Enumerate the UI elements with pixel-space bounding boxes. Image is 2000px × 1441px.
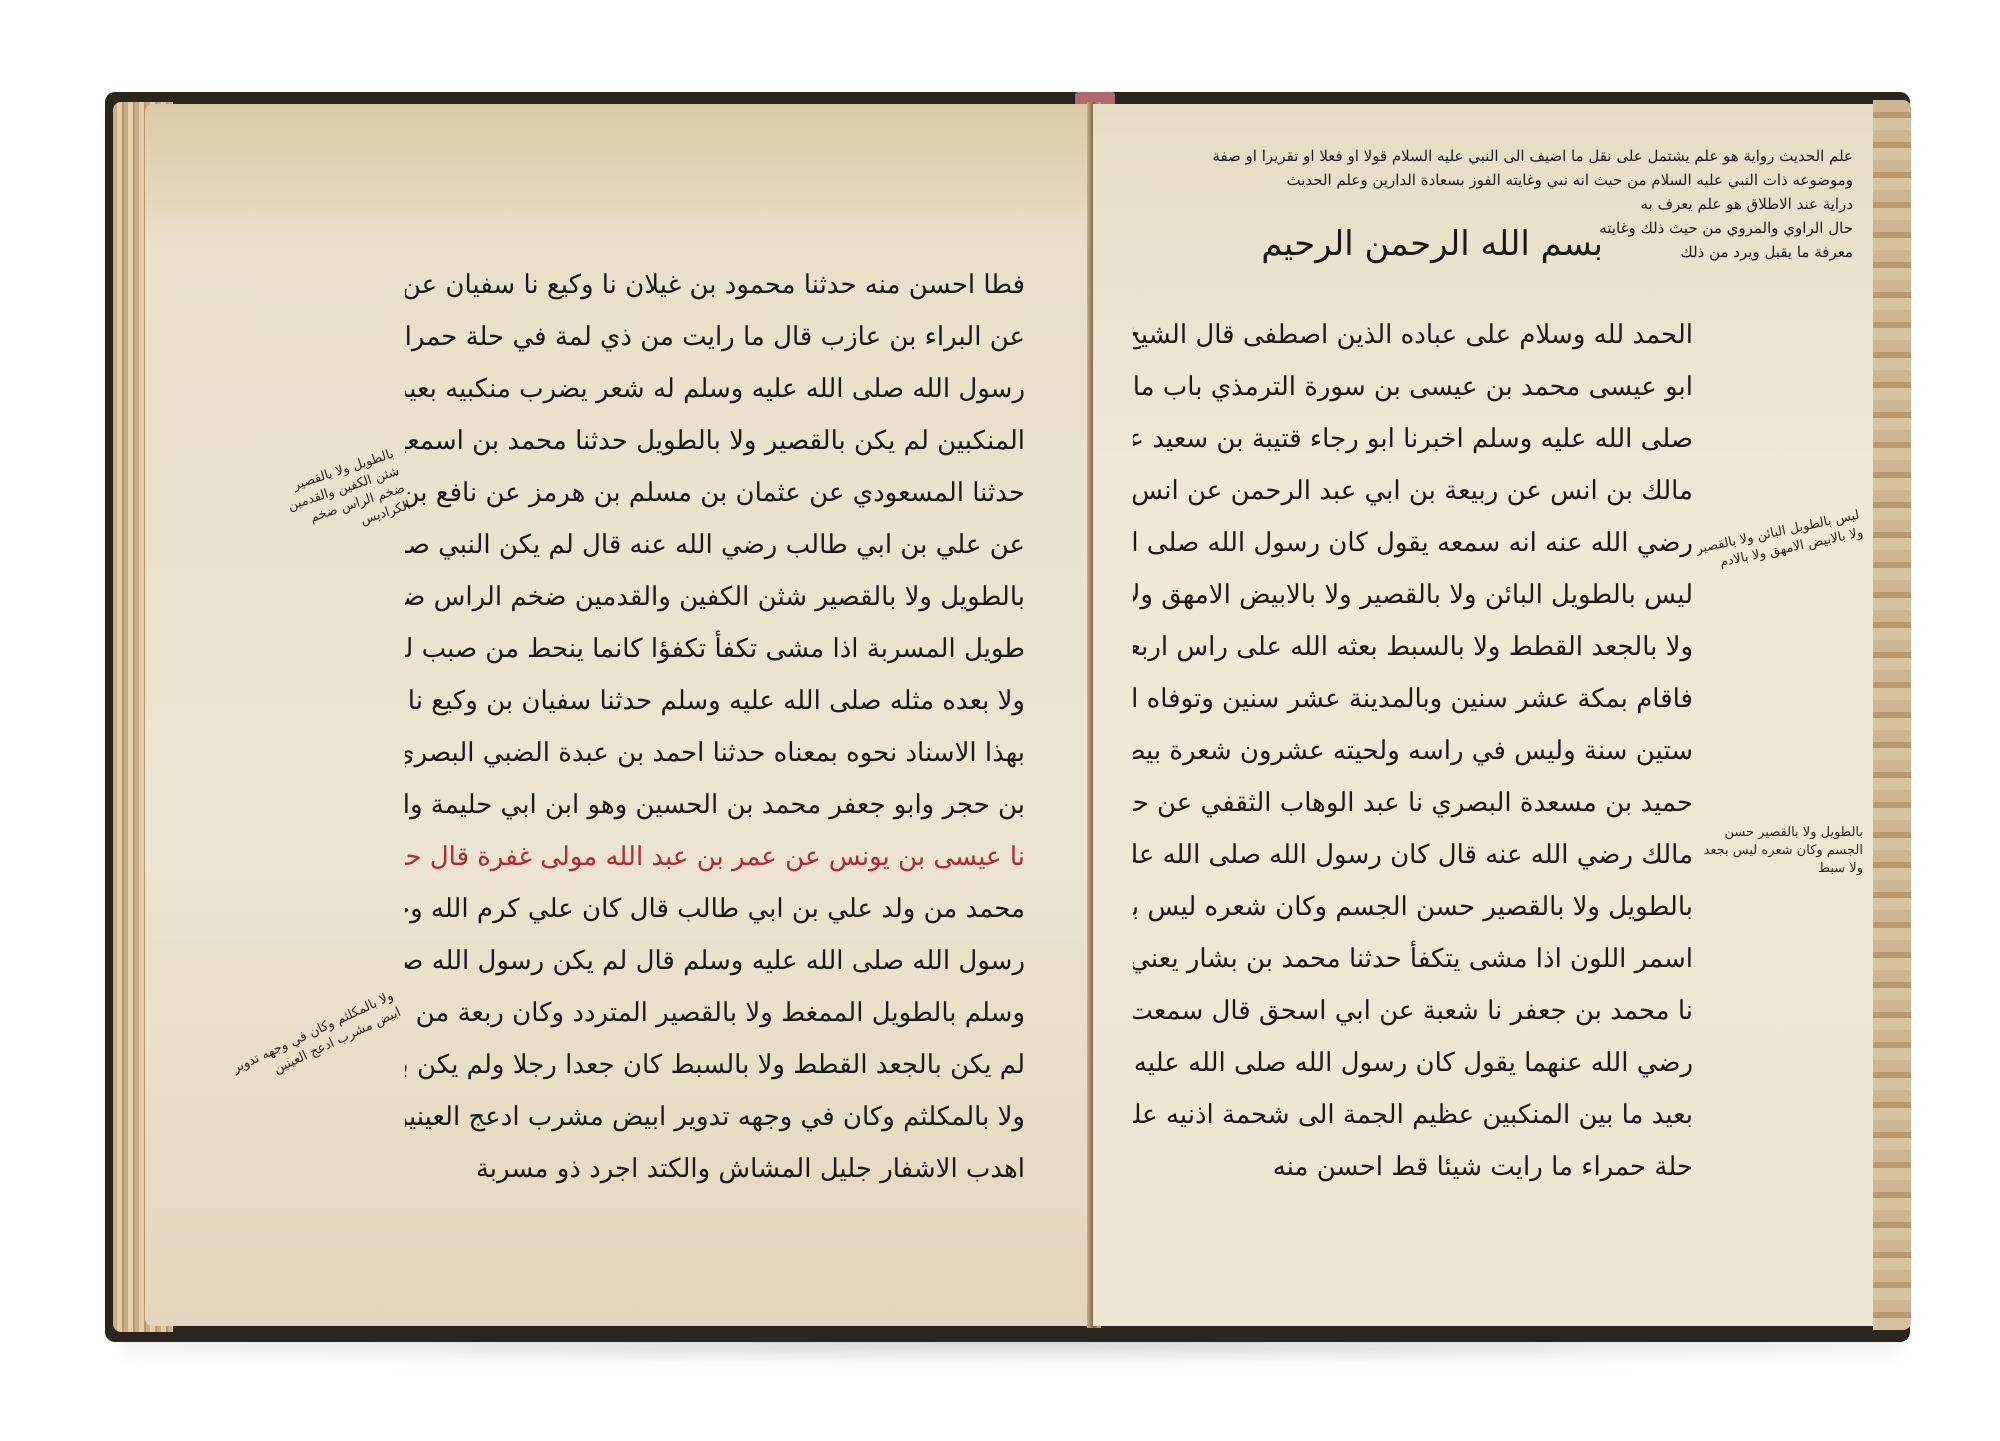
text-line: حدثنا المسعودي عن عثمان بن مسلم بن هرمز … (405, 467, 1025, 519)
text-line: ولا بالجعد القطط ولا بالسبط بعثه الله عل… (1133, 621, 1693, 673)
gloss-text: ولا بالمكلثم وكان في وجهه تدوير ابيض مشر… (231, 989, 404, 1077)
text-line: اهدب الاشفار جليل المشاش والكتد اجرد ذو … (405, 1143, 1025, 1195)
marginal-gloss: ولا بالمكلثم وكان في وجهه تدوير ابيض مشر… (226, 988, 404, 1097)
text-line: محمد من ولد علي بن ابي طالب قال كان علي … (405, 883, 1025, 935)
text-line: نا محمد بن جعفر نا شعبة عن ابي اسحق قال … (1133, 985, 1693, 1037)
note-line: وموضوعه ذات النبي عليه السلام من حيث انه… (1193, 168, 1853, 192)
text-line: طويل المسربة اذا مشى تكفأ تكفؤا كانما ين… (405, 623, 1025, 675)
text-line: لم يكن بالجعد القطط ولا بالسبط كان جعدا … (405, 1039, 1025, 1091)
left-page-text: فطا احسن منه حدثنا محمود بن غيلان نا وكي… (405, 259, 1025, 1195)
open-manuscript: فطا احسن منه حدثنا محمود بن غيلان نا وكي… (105, 92, 1910, 1342)
text-line: نا عيسى بن يونس عن عمر بن عبد الله مولى … (405, 831, 1025, 883)
text-line: فاقام بمكة عشر سنين وبالمدينة عشر سنين و… (1133, 673, 1693, 725)
marginal-gloss: ليس بالطويل البائن ولا بالقصير ولا بالاب… (1691, 507, 1865, 578)
right-page: علم الحديث رواية هو علم يشتمل على نقل ما… (1093, 104, 1873, 1326)
marginal-gloss: بالطويل ولا بالقصير حسن الجسم وكان شعره … (1703, 824, 1863, 878)
text-line: ولا بالمكلثم وكان في وجهه تدوير ابيض مشر… (405, 1091, 1025, 1143)
text-line: عن علي بن ابي طالب رضي الله عنه قال لم ي… (405, 519, 1025, 571)
text-line: صلى الله عليه وسلم اخبرنا ابو رجاء قتيبة… (1133, 413, 1693, 465)
text-line: مالك بن انس عن ربيعة بن ابي عبد الرحمن ع… (1133, 465, 1693, 517)
text-line: بن حجر وابو جعفر محمد بن الحسين وهو ابن … (405, 779, 1025, 831)
text-line: بعيد ما بين المنكبين عظيم الجمة الى شحمة… (1133, 1089, 1693, 1141)
right-page-edges (1873, 100, 1911, 1330)
note-line: دراية عند الاطلاق هو علم يعرف به (1193, 192, 1853, 216)
gloss-text: ليس بالطويل البائن ولا بالقصير ولا بالاب… (1695, 508, 1865, 571)
basmala: بسم الله الرحمن الرحيم (1243, 224, 1603, 264)
text-line: ستين سنة وليس في راسه ولحيته عشرون شعرة … (1133, 725, 1693, 777)
text-line: وسلم بالطويل الممغط ولا بالقصير المتردد … (405, 987, 1025, 1039)
text-line: ولا بعده مثله صلى الله عليه وسلم حدثنا س… (405, 675, 1025, 727)
marginal-gloss: بالطويل ولا بالقصير شثن الكفين والقدمين … (267, 446, 413, 555)
gloss-text: بالطويل ولا بالقصير حسن الجسم وكان شعره … (1704, 825, 1863, 876)
note-line: علم الحديث رواية هو علم يشتمل على نقل ما… (1193, 144, 1853, 168)
text-line: رضي الله عنهما يقول كان رسول الله صلى ال… (1133, 1037, 1693, 1089)
text-line: حلة حمراء ما رايت شيئا قط احسن منه (1133, 1141, 1693, 1193)
text-line: اسمر اللون اذا مشى يتكفأ حدثنا محمد بن ب… (1133, 933, 1693, 985)
text-line: ابو عيسى محمد بن عيسى بن سورة الترمذي با… (1133, 361, 1693, 413)
text-line: رسول الله صلى الله عليه وسلم له شعر يضرب… (405, 363, 1025, 415)
gloss-text: بالطويل ولا بالقصير شثن الكفين والقدمين … (286, 447, 412, 529)
text-line: المنكبين لم يكن بالقصير ولا بالطويل حدثن… (405, 415, 1025, 467)
text-line: فطا احسن منه حدثنا محمود بن غيلان نا وكي… (405, 259, 1025, 311)
text-line: الحمد لله وسلام على عباده الذين اصطفى قا… (1133, 309, 1693, 361)
text-line: مالك رضي الله عنه قال كان رسول الله صلى … (1133, 829, 1693, 881)
text-line: بالطويل ولا بالقصير حسن الجسم وكان شعره … (1133, 881, 1693, 933)
text-line: بهذا الاسناد نحوه بمعناه حدثنا احمد بن ع… (405, 727, 1025, 779)
text-line: رضي الله عنه انه سمعه يقول كان رسول الله… (1133, 517, 1693, 569)
text-line: عن البراء بن عازب قال ما رايت من ذي لمة … (405, 311, 1025, 363)
text-line: حميد بن مسعدة البصري نا عبد الوهاب الثقف… (1133, 777, 1693, 829)
text-line: بالطويل ولا بالقصير شثن الكفين والقدمين … (405, 571, 1025, 623)
left-page: فطا احسن منه حدثنا محمود بن غيلان نا وكي… (145, 104, 1093, 1326)
text-line: رسول الله صلى الله عليه وسلم قال لم يكن … (405, 935, 1025, 987)
text-line: ليس بالطويل البائن ولا بالقصير ولا بالاب… (1133, 569, 1693, 621)
right-page-text: الحمد لله وسلام على عباده الذين اصطفى قا… (1133, 309, 1693, 1193)
